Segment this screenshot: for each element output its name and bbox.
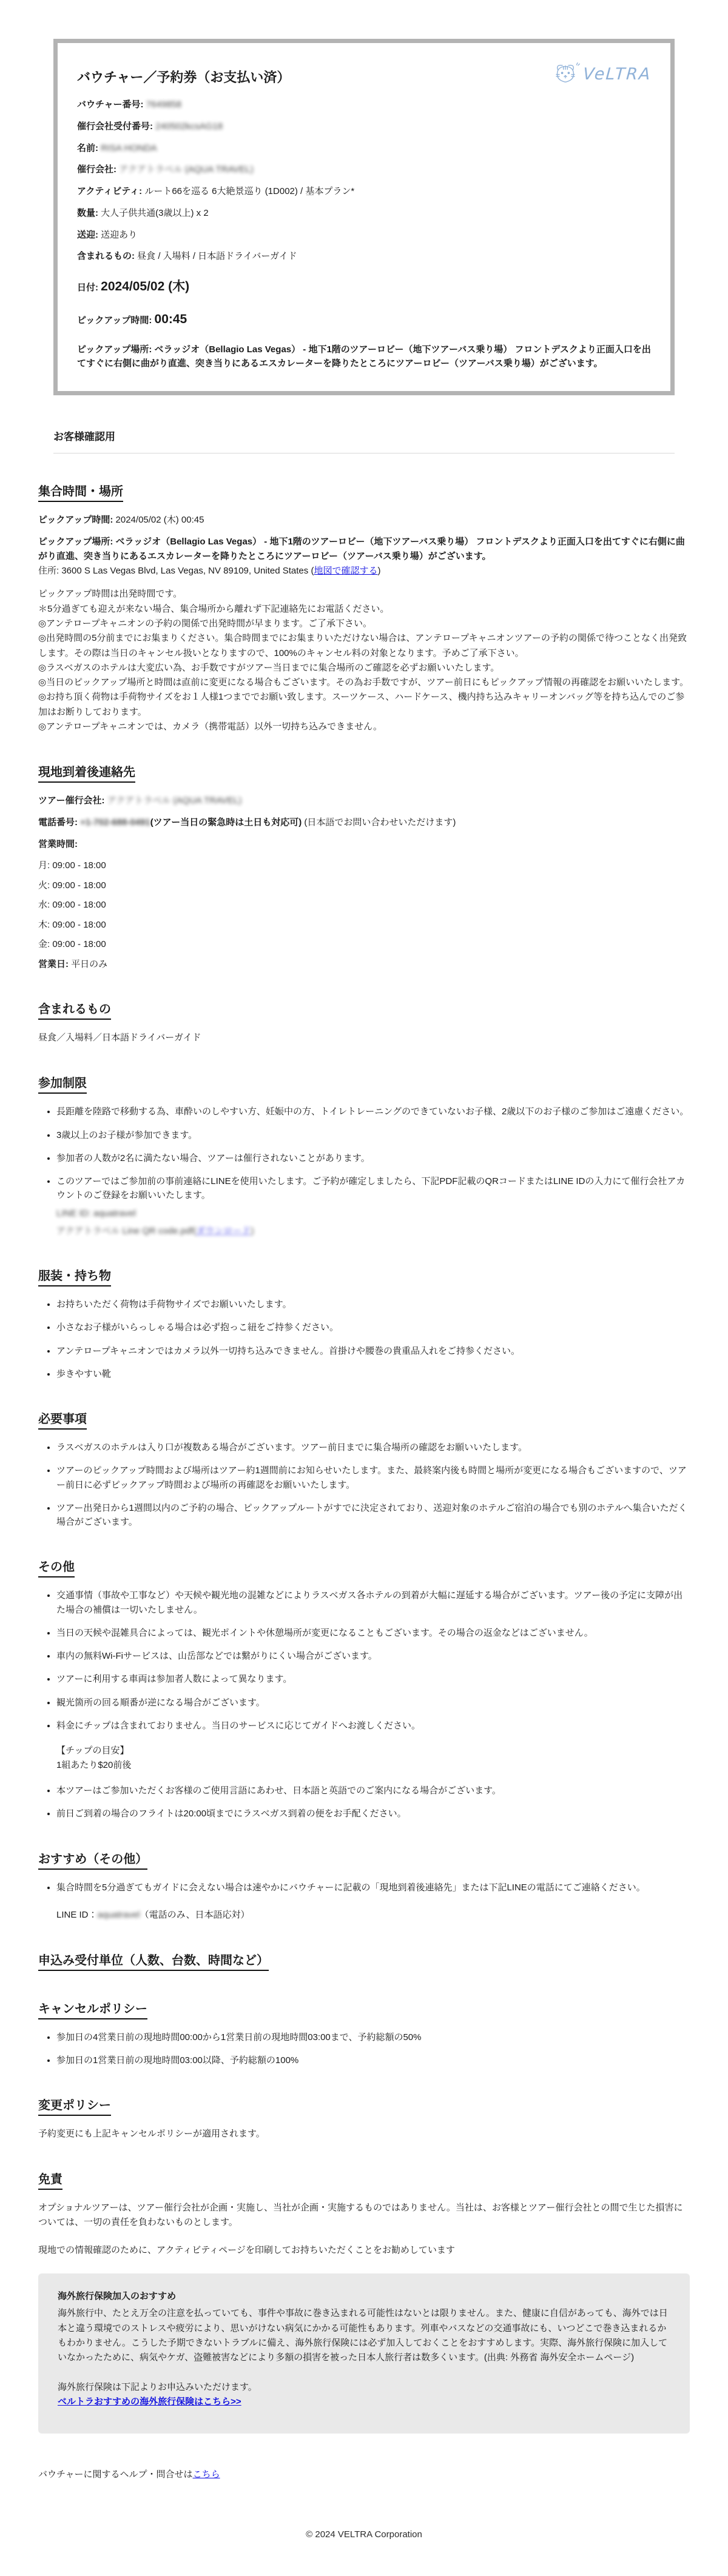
list-item: 料金にチップは含まれておりません。当日のサービスに応じてガイドへお渡しください。 (56, 1719, 690, 1733)
tip-guideline: 【チップの目安】 1組あたり$20前後 (38, 1744, 690, 1773)
field-label: ピックアップ場所: (77, 344, 152, 355)
business-days-label: 営業日: (38, 959, 69, 969)
list-item: 前日ご到着の場合のフライトは20:00頃までにラスベガス到着の便をお手配ください… (56, 1807, 690, 1821)
section-heading: 必要事項 (38, 1409, 690, 1430)
insurance-title: 海外旅行保険加入のおすすめ (58, 2289, 670, 2304)
insurance-link-line: ベルトラおすすめの海外旅行保険はこちら>> (58, 2395, 670, 2409)
section-heading-text: 必要事項 (38, 1409, 87, 1430)
section-included: 含まれるもの 昼食／入場料／日本語ドライバーガイド (38, 999, 690, 1045)
meeting-note: ◎アンテロープキャニオンでは、カメラ（携帯電話）以外一切持ち込みできません。 (38, 720, 690, 734)
cancel-list: 参加日の4営業日前の現地時間00:00から1営業日前の現地時間03:00まで、予… (38, 2030, 690, 2068)
meeting-note: ◎当日のピックアップ場所と時間は直前に変更になる場合もございます。その為お手数で… (38, 675, 690, 690)
list-item: 参加日の1営業日前の現地時間03:00以降、予約総額の100% (56, 2053, 690, 2067)
insurance-box: 海外旅行保険加入のおすすめ 海外旅行中、たとえ万全の注意を払っていても、事件や事… (38, 2273, 690, 2434)
field-name: 名前: RISA HONDA (77, 142, 651, 155)
section-heading-text: おすすめ（その他） (38, 1849, 147, 1870)
pickup-place-label: ピックアップ場所: (38, 537, 113, 547)
section-heading: 現地到着後連絡先 (38, 762, 690, 783)
section-meeting: 集合時間・場所 ピックアップ時間: 2024/05/02 (木) 00:45 ピ… (38, 481, 690, 734)
pickup-time-value: 00:45 (155, 312, 187, 326)
section-heading: 集合時間・場所 (38, 481, 690, 502)
section-recommend: おすすめ（その他） 集合時間を5分過ぎてもガイドに会えない場合は速やかにバウチャ… (38, 1849, 690, 1922)
section-heading: 参加制限 (38, 1073, 690, 1094)
address-text: 住所: 3600 S Las Vegas Blvd, Las Vegas, NV… (38, 566, 314, 576)
pickup-place-value: ベラッジオ（Bellagio Las Vegas） - 地下1階のツアーロビー（… (38, 537, 685, 561)
list-item: 小さなお子様がいらっしゃる場合は必ず抱っこ紐をご持参ください。 (56, 1320, 690, 1334)
list-item: 車内の無料Wi-Fiサービスは、山岳部などでは繋がりにくい場合がございます。 (56, 1649, 690, 1663)
list-item: 3歳以上のお子様が参加できます。 (56, 1128, 690, 1142)
pickup-place-value: ベラッジオ（Bellagio Las Vegas） - 地下1階のツアーロビー（… (77, 344, 651, 369)
section-heading-text: その他 (38, 1557, 75, 1577)
business-days: 営業日: 平日のみ (38, 958, 690, 972)
field-activity: アクティビティ: ルート66を巡る 6大絶景巡り (1D002) / 基本プラン… (77, 185, 651, 198)
section-required: 必要事項 ラスベガスのホテルは入り口が複数ある場合がございます。ツアー前日までに… (38, 1409, 690, 1529)
list-item: 歩きやすい靴 (56, 1367, 690, 1381)
hours-row: 金: 09:00 - 18:00 (38, 938, 690, 952)
meeting-pickup-place: ピックアップ場所: ベラッジオ（Bellagio Las Vegas） - 地下… (38, 535, 690, 564)
attire-list: お持ちいただく荷物は手荷物サイズでお願いいたします。 小さなお子様がいらっしゃる… (38, 1297, 690, 1381)
quantity-value: 大人子供共通(3歳以上) x 2 (101, 208, 209, 218)
list-item: 本ツアーはご参加いただくお客様のご使用言語にあわせ、日本語と英語でのご案内になる… (56, 1784, 690, 1798)
list-item-text: このツアーではご参加前の事前連絡にLINEを使用いたします。ご予約が確定しました… (56, 1176, 685, 1200)
list-item: ツアー出発日から1週間以内のご予約の場合、ピックアップルートがすでに決定されてお… (56, 1501, 690, 1530)
tip-title: 【チップの目安】 (56, 1744, 690, 1758)
veltra-logo-text: VeLTRA (582, 65, 652, 84)
section-heading-text: 免責 (38, 2169, 62, 2190)
meeting-note: ピックアップ時間は出発時間です。 (38, 587, 690, 601)
operator-redacted: アクアトラベル (AQUA TRAVEL) (119, 164, 254, 175)
customer-confirmation-strip: お客様確認用 (53, 428, 675, 453)
section-heading: 申込み受付単位（人数、台数、時間など） (38, 1950, 690, 1971)
field-voucher-number: バウチャー番号: 7649858 (77, 98, 651, 112)
field-date: 日付: 2024/05/02 (木) (77, 278, 651, 296)
section-heading-text: 現地到着後連絡先 (38, 762, 135, 783)
disclaimer-text-2: 現地での情報確認のために、アクティビティページを印刷してお持ちいただくことをお勧… (38, 2243, 690, 2258)
operator-ref-redacted: 240502kcsAG18 (155, 121, 223, 132)
field-label: 催行会社受付番号: (77, 121, 153, 132)
field-transfer: 送迎: 送迎あり (77, 229, 651, 242)
field-label: 名前: (77, 143, 98, 153)
section-unit: 申込み受付単位（人数、台数、時間など） (38, 1950, 690, 1971)
section-heading: 変更ポリシー (38, 2095, 690, 2116)
hours-row: 火: 09:00 - 18:00 (38, 879, 690, 893)
help-link[interactable]: こちら (193, 2469, 220, 2480)
section-heading-text: 服装・持ち物 (38, 1266, 111, 1286)
section-heading: 服装・持ち物 (38, 1266, 690, 1286)
meeting-note: ＊5分過ぎても迎えが来ない場合、集合場所から離れず下記連絡先にお電話ください。 (38, 602, 690, 617)
customer-name-redacted: RISA HONDA (101, 143, 157, 153)
insurance-body: 海外旅行中、たとえ万全の注意を払っていても、事件や事故に巻き込まれる可能性はない… (58, 2306, 670, 2365)
list-item: このツアーではご参加前の事前連絡にLINEを使用いたします。ご予約が確定しました… (56, 1174, 690, 1238)
meeting-address: 住所: 3600 S Las Vegas Blvd, Las Vegas, NV… (38, 564, 690, 578)
voucher-box-header: バウチャー／予約券（お支払い済） VeLTRA (77, 58, 651, 90)
line-id-note: （電話のみ、日本語応対） (140, 1910, 250, 1920)
operator-value-redacted: アクアトラベル (AQUA TRAVEL) (107, 795, 242, 806)
phone-label: 電話番号: (38, 817, 78, 828)
other-list-b: 本ツアーはご参加いただくお客様のご使用言語にあわせ、日本語と英語でのご案内になる… (38, 1784, 690, 1821)
list-item: 当日の天候や混雑具合によっては、観光ポイントや休憩場所が変更になることもございま… (56, 1626, 690, 1640)
meeting-note: ◎ラスベガスのホテルは大変広い為、お手数ですがツアー当日までに集合場所のご確認を… (38, 661, 690, 675)
meeting-note: ◎出発時間の5分前までにお集まりください。集合時間までにお集まりいただけない場合… (38, 631, 690, 661)
list-item: 参加日の4営業日前の現地時間00:00から1営業日前の現地時間03:00まで、予… (56, 2030, 690, 2044)
map-link[interactable]: 地図で確認する (314, 566, 377, 576)
meeting-note: ◎アンテロープキャニオンの予約の関係で出発時間が早まります。ご了承下さい。 (38, 617, 690, 631)
tiger-icon (550, 59, 581, 89)
voucher-number-redacted: 7649858 (146, 99, 181, 110)
included-value: 昼食 / 入場料 / 日本語ドライバーガイド (137, 251, 297, 261)
field-label: バウチャー番号: (77, 99, 144, 110)
field-operator: 催行会社: アクアトラベル (AQUA TRAVEL) (77, 163, 651, 176)
qr-suffix-redacted: ) (251, 1226, 254, 1236)
section-change: 変更ポリシー 予約変更にも上記キャンセルポリシーが適用されます。 (38, 2095, 690, 2141)
veltra-logo: VeLTRA (550, 59, 651, 89)
hours-row: 月: 09:00 - 18:00 (38, 859, 690, 873)
footer-copyright: © 2024 VELTRA Corporation (38, 2529, 690, 2540)
insurance-link[interactable]: ベルトラおすすめの海外旅行保険はこちら>> (58, 2397, 241, 2407)
list-item: お持ちいただく荷物は手荷物サイズでお願いいたします。 (56, 1297, 690, 1311)
list-item: ツアーのピックアップ時間および場所はツアー約1週間前にお知らせいたします。また、… (56, 1464, 690, 1492)
meeting-pickup-time: ピックアップ時間: 2024/05/02 (木) 00:45 (38, 513, 690, 527)
field-included: 含まれるもの: 昼食 / 入場料 / 日本語ドライバーガイド (77, 250, 651, 263)
disclaimer-text-1: オプショナルツアーは、ツアー催行会社が企画・実施し、当社が企画・実施するものでは… (38, 2201, 690, 2230)
section-heading-text: キャンセルポリシー (38, 1999, 147, 2019)
change-policy-text: 予約変更にも上記キャンセルポリシーが適用されます。 (38, 2127, 690, 2141)
required-list: ラスベガスのホテルは入り口が複数ある場合がございます。ツアー前日までに集合場所の… (38, 1440, 690, 1529)
section-attire: 服装・持ち物 お持ちいただく荷物は手荷物サイズでお願いいたします。 小さなお子様… (38, 1266, 690, 1381)
list-item: 参加者の人数が2名に満たない場合、ツアーは催行されないことがあります。 (56, 1151, 690, 1165)
phone-bold-note: (ツアー当日の緊急時は土日も対応可) (150, 817, 302, 828)
phone-value-redacted: +1-702-688-0491 (80, 817, 150, 828)
voucher-page: バウチャー／予約券（お支払い済） VeLTRA バウチャー番号: 76498 (0, 0, 728, 2576)
hours-row: 水: 09:00 - 18:00 (38, 898, 690, 912)
section-heading: キャンセルポリシー (38, 1999, 690, 2019)
tip-value: 1組あたり$20前後 (56, 1758, 690, 1773)
line-id-label: LINE ID： (56, 1910, 98, 1920)
section-participation: 参加制限 長距離を陸路で移動する為、車酔いのしやすい方、妊娠中の方、トイレトレー… (38, 1073, 690, 1238)
recommend-line-id: LINE ID：aquatravel（電話のみ、日本語応対） (38, 1908, 690, 1922)
qr-code-line: アクアトラベル Line QR code.pdf(ダウンロード) (56, 1224, 690, 1238)
section-other: その他 交通事情（事故や工事など）や天候や観光地の混雑などによりラスベガス各ホテ… (38, 1557, 690, 1821)
section-heading-text: 参加制限 (38, 1073, 87, 1094)
list-item: 集合時間を5分過ぎてもガイドに会えない場合は速やかにバウチャーに記載の「現地到着… (56, 1881, 690, 1895)
phone-note: (日本語でお問い合わせいただけます) (302, 817, 456, 828)
help-line: バウチャーに関するヘルプ・問合せはこちら (38, 2467, 690, 2482)
field-label: 催行会社: (77, 164, 116, 175)
section-heading-text: 申込み受付単位（人数、台数、時間など） (38, 1950, 269, 1971)
field-pickup-time: ピックアップ時間: 00:45 (77, 310, 651, 329)
line-id-redacted: LINE ID: aquatravel (56, 1206, 690, 1220)
list-item: 観光箇所の回る順番が逆になる場合がございます。 (56, 1696, 690, 1710)
section-heading: 免責 (38, 2169, 690, 2190)
field-label: ピックアップ時間: (77, 315, 152, 326)
field-label: 含まれるもの: (77, 251, 135, 261)
section-cancel: キャンセルポリシー 参加日の4営業日前の現地時間00:00から1営業日前の現地時… (38, 1999, 690, 2068)
list-item: 長距離を陸路で移動する為、車酔いのしやすい方、妊娠中の方、トイレトレーニングので… (56, 1105, 690, 1119)
activity-value: ルート66を巡る 6大絶景巡り (1D002) / 基本プラン* (144, 186, 354, 196)
section-heading: その他 (38, 1557, 690, 1577)
section-contact: 現地到着後連絡先 ツアー催行会社: アクアトラベル (AQUA TRAVEL) … (38, 762, 690, 971)
participation-list: 長距離を陸路で移動する為、車酔いのしやすい方、妊娠中の方、トイレトレーニングので… (38, 1105, 690, 1238)
other-list-a: 交通事情（事故や工事など）や天候や観光地の混雑などによりラスベガス各ホテルの到着… (38, 1588, 690, 1733)
section-heading: おすすめ（その他） (38, 1849, 690, 1870)
included-text: 昼食／入場料／日本語ドライバーガイド (38, 1031, 690, 1045)
qr-download-link[interactable]: ダウンロード (196, 1226, 251, 1236)
section-heading: 含まれるもの (38, 999, 690, 1020)
section-heading-text: 含まれるもの (38, 999, 111, 1020)
pickup-time-value: 2024/05/02 (木) 00:45 (116, 515, 204, 525)
qr-file-name-redacted: アクアトラベル Line QR code.pdf( (56, 1226, 196, 1236)
hours-row: 木: 09:00 - 18:00 (38, 918, 690, 932)
field-label: アクティビティ: (77, 186, 142, 196)
list-item: 交通事情（事故や工事など）や天候や観光地の混雑などによりラスベガス各ホテルの到着… (56, 1588, 690, 1617)
contact-operator: ツアー催行会社: アクアトラベル (AQUA TRAVEL) (38, 794, 690, 808)
voucher-box: バウチャー／予約券（お支払い済） VeLTRA バウチャー番号: 76498 (53, 39, 675, 395)
field-pickup-place: ピックアップ場所: ベラッジオ（Bellagio Las Vegas） - 地下… (77, 343, 651, 371)
address-suffix: ) (377, 566, 380, 576)
spacer (38, 578, 690, 587)
insurance-apply-line: 海外旅行保険は下記よりお申込みいただけます。 (58, 2380, 670, 2395)
recommend-list: 集合時間を5分過ぎてもガイドに会えない場合は速やかにバウチャーに記載の「現地到着… (38, 1881, 690, 1895)
list-item: アンテロープキャニオンではカメラ以外一切持ち込みできません。首掛けや腰巻の貴重品… (56, 1344, 690, 1358)
section-heading-text: 変更ポリシー (38, 2095, 111, 2116)
section-heading-text: 集合時間・場所 (38, 481, 123, 502)
field-label: 数量: (77, 208, 98, 218)
business-days-value: 平日のみ (71, 959, 107, 969)
field-label: 日付: (77, 283, 98, 293)
list-item: ラスベガスのホテルは入り口が複数ある場合がございます。ツアー前日までに集合場所の… (56, 1440, 690, 1454)
section-disclaimer: 免責 オプショナルツアーは、ツアー催行会社が企画・実施し、当社が企画・実施するも… (38, 2169, 690, 2434)
list-item: ツアーに利用する車両は参加者人数によって異なります。 (56, 1672, 690, 1686)
transfer-value: 送迎あり (101, 230, 137, 240)
operator-label: ツアー催行会社: (38, 795, 105, 806)
pickup-time-label: ピックアップ時間: (38, 515, 113, 525)
confirmation-heading: お客様確認用 (53, 428, 675, 443)
field-operator-ref: 催行会社受付番号: 240502kcsAG18 (77, 120, 651, 133)
hours-label: 営業時間: (38, 837, 690, 852)
date-value: 2024/05/02 (木) (101, 279, 189, 293)
field-quantity: 数量: 大人子供共通(3歳以上) x 2 (77, 207, 651, 220)
field-label: 送迎: (77, 230, 98, 240)
voucher-title: バウチャー／予約券（お支払い済） (77, 67, 290, 86)
line-id-value-redacted: aquatravel (98, 1910, 140, 1920)
contact-phone: 電話番号: +1-702-688-0491(ツアー当日の緊急時は土日も対応可) … (38, 815, 690, 830)
help-text: バウチャーに関するヘルプ・問合せは (38, 2469, 193, 2480)
meeting-note: ◎お持ち頂く荷物は手荷物サイズをお１人様1つまででお願い致します。スーツケース、… (38, 690, 690, 720)
